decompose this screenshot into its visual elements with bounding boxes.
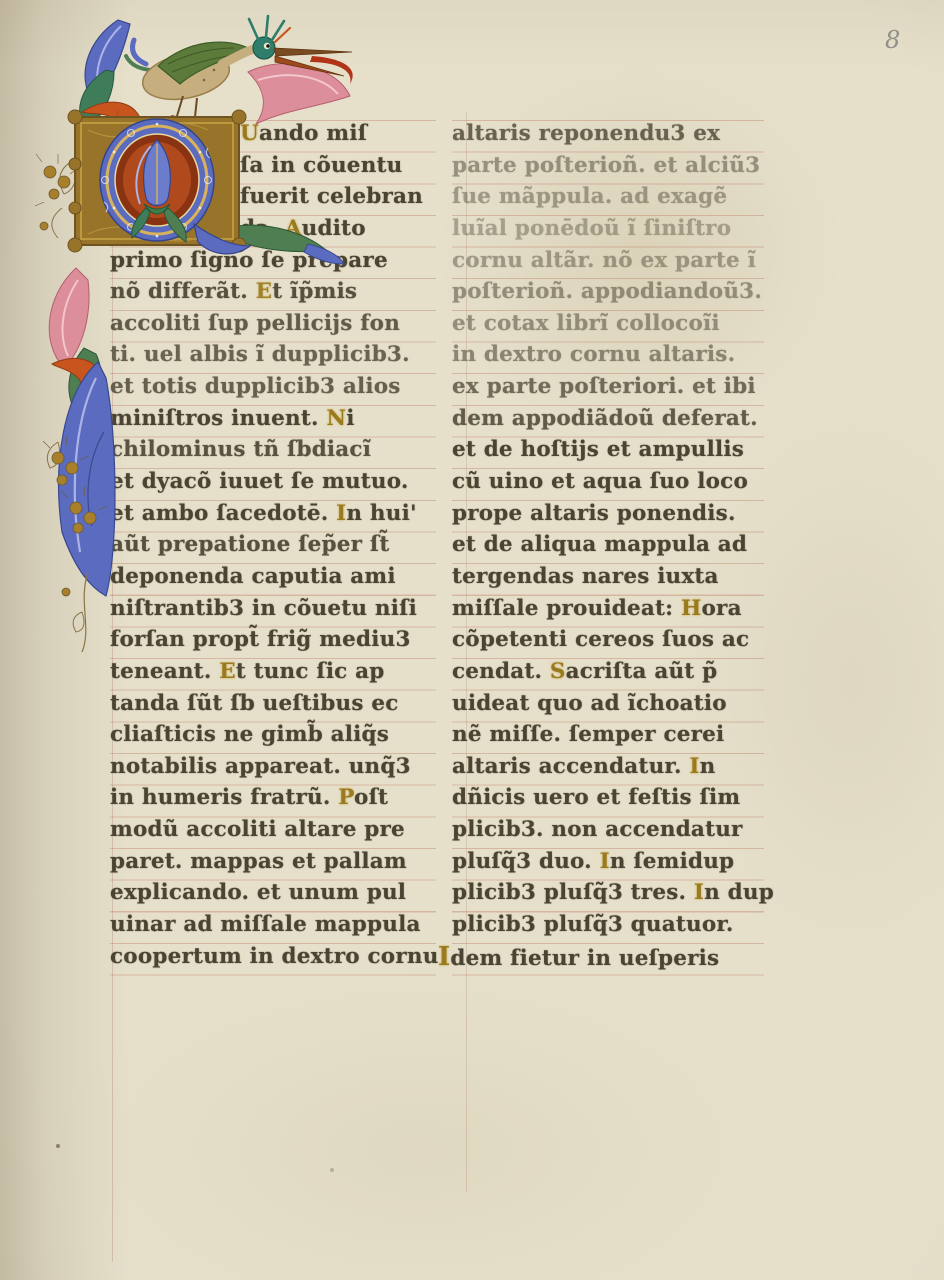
manuscript-text-line: plicib3 pluſq̃3 tres. In dup bbox=[452, 877, 764, 909]
manuscript-text-line: et cotax librĩ collocoĩi bbox=[452, 308, 764, 340]
bird-eye bbox=[266, 44, 270, 48]
parchment-speck bbox=[56, 1144, 60, 1148]
manuscript-text-line: cliaſticis ne gimb̃ aliq̃s bbox=[110, 719, 436, 751]
manuscript-text-line: et de aliqua mappula ad bbox=[452, 529, 764, 561]
manuscript-text-line: tergendas nares iuxta bbox=[452, 561, 764, 593]
manuscript-text-line: explicando. et unum pul bbox=[110, 877, 436, 909]
gold-touched-capital: I bbox=[438, 942, 450, 972]
manuscript-text-line: modũ accoliti altare pre bbox=[110, 814, 436, 846]
manuscript-text-line: miſſale prouideat: Hora bbox=[452, 593, 764, 625]
gold-touched-capital: S bbox=[550, 659, 566, 684]
manuscript-text-line: in humeris fratrũ. Poſt bbox=[110, 782, 436, 814]
gold-touched-capital: I bbox=[694, 880, 704, 905]
manuscript-text-line: altaris accendatur. In bbox=[452, 751, 764, 783]
manuscript-text-line: cũ uino et aqua ſuo loco bbox=[452, 466, 764, 498]
manuscript-text-line: plicib3. non accendatur bbox=[452, 814, 764, 846]
manuscript-text-line: cendat. Sacriſta aũt p̃ bbox=[452, 656, 764, 688]
bird-beak-upper bbox=[274, 48, 352, 56]
folio-number: 8 bbox=[885, 26, 900, 54]
text-column-right: altaris reponendu3 exparte poſterioñ. et… bbox=[452, 118, 764, 978]
bird-crest bbox=[249, 16, 284, 40]
manuscript-text-line: coopertum in dextro cornu bbox=[110, 941, 436, 973]
gold-touched-capital: P bbox=[338, 785, 354, 810]
manuscript-text-line: prope altaris ponendis. bbox=[452, 498, 764, 530]
manuscript-text-line: dem appodiãdoũ deferat. bbox=[452, 403, 764, 435]
gold-touched-capital: E bbox=[219, 659, 236, 684]
illuminated-initial-q bbox=[68, 110, 250, 254]
manuscript-text-line: poſterioñ. appodiandoũ3. bbox=[452, 276, 764, 308]
manuscript-text-line: nẽ miſſe. ſemper cerei bbox=[452, 719, 764, 751]
manuscript-text-line: dñicis uero et feſtis ſim bbox=[452, 782, 764, 814]
manuscript-text-line: luĩal ponēdoũ ĩ ſiniſtro bbox=[452, 213, 764, 245]
manuscript-text-line: ſue mãppula. ad exagẽ bbox=[452, 181, 764, 213]
manuscript-text-line: pluſq̃3 duo. In ſemidup bbox=[452, 846, 764, 878]
manuscript-text-line: cõpetenti cereos ſuos ac bbox=[452, 624, 764, 656]
gold-touched-capital: I bbox=[689, 754, 699, 779]
acanthus-border bbox=[47, 20, 350, 652]
manuscript-text-line: uinar ad miſſale mappula bbox=[110, 909, 436, 941]
manuscript-text-line: plicib3 pluſq̃3 quatuor. bbox=[452, 909, 764, 941]
illuminated-decoration bbox=[18, 12, 368, 662]
manuscript-text-line: parte poſterioñ. et alciũ3 bbox=[452, 150, 764, 182]
gold-touched-capital: H bbox=[681, 596, 702, 621]
gold-touched-capital: I bbox=[600, 849, 610, 874]
manuscript-text-line: in dextro cornu altaris. bbox=[452, 339, 764, 371]
manuscript-text-line: et de hoſtijs et ampullis bbox=[452, 434, 764, 466]
parchment-speck bbox=[330, 1168, 334, 1172]
manuscript-text-line: altaris reponendu3 ex bbox=[452, 118, 764, 150]
manuscript-text-line: paret. mappas et pallam bbox=[110, 846, 436, 878]
manuscript-text-line: cornu altãr. nõ ex parte ĩ bbox=[452, 245, 764, 277]
manuscript-text-line: uideat quo ad ĩchoatio bbox=[452, 688, 764, 720]
manuscript-text-line: Idem fietur in ueſperis bbox=[452, 941, 764, 973]
manuscript-text-line: ex parte poſteriori. et ibi bbox=[452, 371, 764, 403]
manuscript-text-line: tanda ſũt ſb ueſtibus ec bbox=[110, 688, 436, 720]
manuscript-page: { "page": { "folio_number": "8", "parchm… bbox=[0, 0, 944, 1280]
manuscript-text-line: notabilis appareat. unq̃3 bbox=[110, 751, 436, 783]
